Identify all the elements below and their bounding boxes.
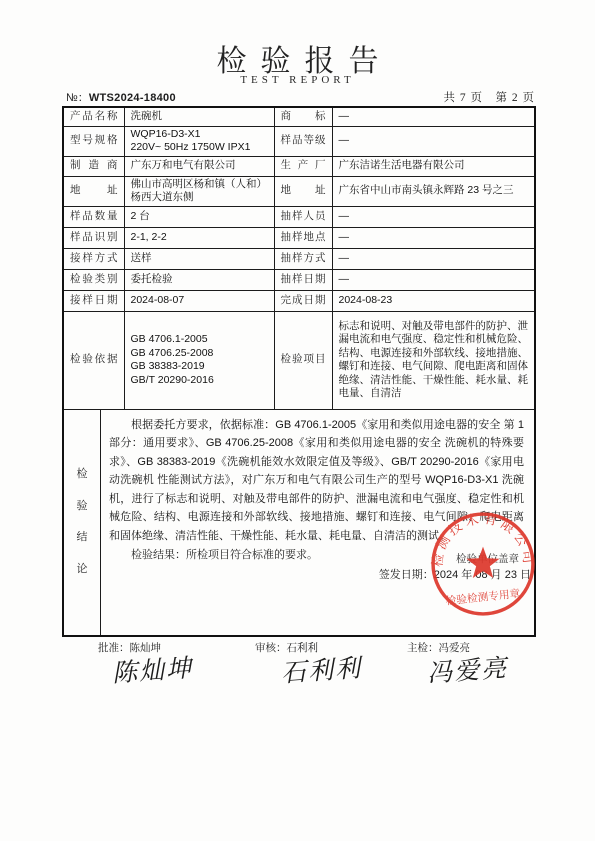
conclusion-label-char: 结	[77, 531, 88, 545]
table-row: 样品数量 2 台 抽样人员 —	[63, 206, 535, 227]
receiving-date-value: 2024-08-07	[124, 290, 274, 311]
table-row: 接样方式 送样 抽样方式 —	[63, 248, 535, 269]
sample-grade-label: 样品等级	[274, 126, 332, 156]
table-row: 地址 佛山市高明区杨和镇（人和） 杨西大道东侧 地址 广东省中山市南头镇永辉路 …	[63, 176, 535, 206]
table-row: 检验类别 委托检验 抽样日期 —	[63, 269, 535, 290]
manufacturer-value: 广东万和电气有限公司	[124, 156, 274, 176]
report-subtitle: TEST REPORT	[0, 74, 595, 86]
table-row: 接样日期 2024-08-07 完成日期 2024-08-23	[63, 290, 535, 311]
table-row: 检验依据 GB 4706.1-2005 GB 4706.25-2008 GB 3…	[63, 311, 535, 409]
completion-date-value: 2024-08-23	[332, 290, 535, 311]
table-row: 产品名称 洗碗机 商标 —	[63, 107, 535, 126]
sampling-date-value: —	[332, 269, 535, 290]
test-report-page: 检验报告 TEST REPORT №：WTS2024-18400 共 7 页 第…	[0, 0, 595, 841]
page-count: 共 7 页 第 2 页	[444, 89, 536, 105]
approver-signature: 陈灿坤	[111, 648, 194, 690]
report-number-value: WTS2024-18400	[89, 92, 176, 104]
product-name-label: 产品名称	[63, 107, 124, 126]
stamp-star-icon	[466, 547, 499, 578]
manufacturer-address-value: 佛山市高明区杨和镇（人和） 杨西大道东侧	[124, 176, 274, 206]
report-number-label: №：	[66, 92, 89, 104]
sampling-place-value: —	[332, 227, 535, 248]
inspection-basis-value: GB 4706.1-2005 GB 4706.25-2008 GB 38383-…	[124, 311, 274, 409]
conclusion-label: 检 验 结 论	[64, 410, 101, 635]
manufacturer-address-label: 地址	[63, 176, 124, 206]
sampler-label: 抽样人员	[274, 206, 332, 227]
sampling-method-value: —	[332, 248, 535, 269]
receiving-date-label: 接样日期	[63, 290, 124, 311]
sampling-method-label: 抽样方式	[274, 248, 332, 269]
sample-quantity-label: 样品数量	[63, 206, 124, 227]
table-row: 型号规格 WQP16-D3-X1 220V~ 50Hz 1750W IPX1 样…	[63, 126, 535, 156]
model-spec-value: WQP16-D3-X1 220V~ 50Hz 1750W IPX1	[124, 126, 274, 156]
table-row: 制造商 广东万和电气有限公司 生产厂 广东洁诺生活电器有限公司	[63, 156, 535, 176]
sampling-place-label: 抽样地点	[274, 227, 332, 248]
manufacturer-label: 制造商	[63, 156, 124, 176]
trademark-value: —	[332, 107, 535, 126]
conclusion-label-char: 验	[77, 500, 88, 514]
trademark-label: 商标	[274, 107, 332, 126]
sample-grade-value: —	[332, 126, 535, 156]
receiving-method-value: 送样	[124, 248, 274, 269]
sampling-date-label: 抽样日期	[274, 269, 332, 290]
report-number: №：WTS2024-18400	[66, 89, 176, 105]
product-name-value: 洗碗机	[124, 107, 274, 126]
inspection-category-label: 检验类别	[63, 269, 124, 290]
conclusion-label-char: 检	[77, 468, 88, 482]
company-seal-stamp: 检测技术有限公司 检验检测专用章	[429, 510, 537, 618]
sample-quantity-value: 2 台	[124, 206, 274, 227]
inspection-basis-label: 检验依据	[63, 311, 124, 409]
receiving-method-label: 接样方式	[63, 248, 124, 269]
factory-address-value: 广东省中山市南头镇永辉路 23 号之三	[332, 176, 535, 206]
completion-date-label: 完成日期	[274, 290, 332, 311]
reviewer-signature: 石利利	[280, 648, 363, 690]
factory-label: 生产厂	[274, 156, 332, 176]
model-spec-label: 型号规格	[63, 126, 124, 156]
inspector-signature: 冯爱亮	[426, 648, 509, 690]
report-meta-row: №：WTS2024-18400 共 7 页 第 2 页	[66, 89, 535, 105]
factory-address-label: 地址	[274, 176, 332, 206]
sampler-value: —	[332, 206, 535, 227]
inspection-category-value: 委托检验	[124, 269, 274, 290]
inspection-items-label: 检验项目	[274, 311, 332, 409]
sample-id-value: 2-1, 2-2	[124, 227, 274, 248]
table-row: 样品识别 2-1, 2-2 抽样地点 —	[63, 227, 535, 248]
sample-id-label: 样品识别	[63, 227, 124, 248]
inspection-items-value: 标志和说明、对触及带电部件的防护、泄漏电流和电气强度、稳定性和机械危险、结构、电…	[332, 311, 535, 409]
factory-value: 广东洁诺生活电器有限公司	[332, 156, 535, 176]
conclusion-label-char: 论	[77, 563, 88, 577]
